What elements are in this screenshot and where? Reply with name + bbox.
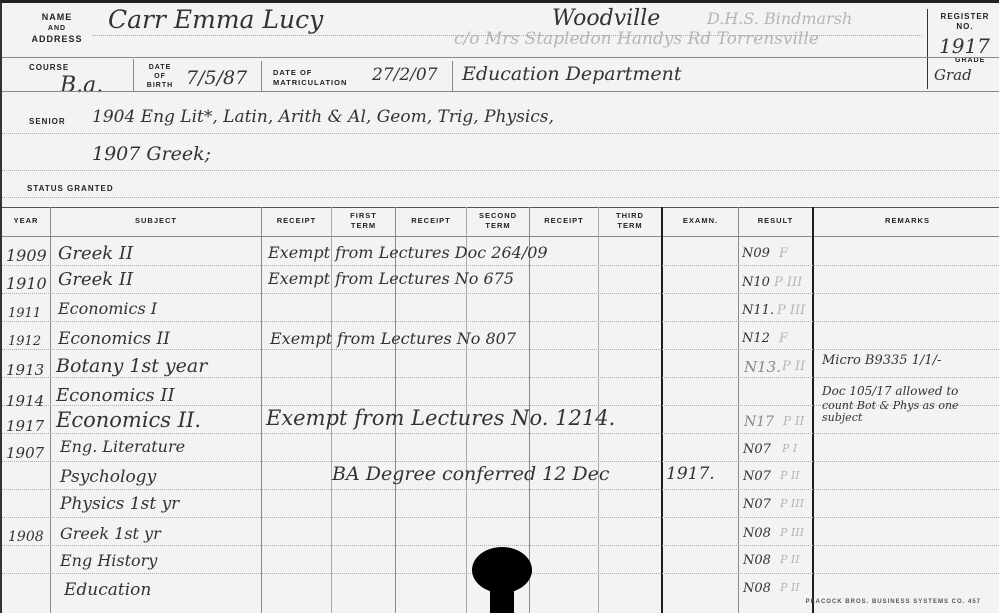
matric-divider — [452, 61, 453, 91]
label-date-of: DATE OF — [273, 68, 347, 78]
col-header-remarks: REMARKS — [814, 207, 999, 235]
row-examn: 1917. — [666, 464, 715, 484]
row-rule — [2, 377, 999, 378]
row-year: 1917 — [6, 417, 44, 435]
row-year: 1911 — [8, 306, 41, 321]
row-subject: Economics II — [56, 385, 175, 406]
row-subject: Greek 1st yr — [60, 524, 161, 543]
row-subject: Greek II — [58, 269, 133, 290]
col-header-examn: EXAMN. — [663, 207, 738, 235]
row-subject: Education — [64, 580, 151, 600]
printer-imprint: PEACOCK BROS. BUSINESS SYSTEMS CO. 457 — [806, 599, 981, 605]
row-subject: Economics II. — [56, 408, 201, 432]
row-remarks: Doc 105/17 allowed to — [822, 384, 958, 398]
row-rule — [2, 293, 999, 294]
row-subject: Botany 1st year — [56, 355, 207, 377]
row-subject: Eng History — [60, 551, 157, 570]
col-header-receipt-1: RECEIPT — [262, 207, 331, 235]
label-matriculation: MATRICULATION — [273, 78, 347, 88]
row-notes: BA Degree conferred 12 Dec — [332, 463, 610, 485]
col-header-first-term: FIRST TERM — [332, 207, 395, 235]
col-header-subject: SUBJECT — [51, 207, 261, 235]
dob-label: DATE OF BIRTH — [142, 63, 178, 90]
senior-label: SENIOR — [29, 117, 66, 126]
label-date: DATE — [142, 63, 178, 72]
row-year: 1909 — [6, 246, 47, 265]
col-header-third-term: THIRD TERM — [599, 207, 661, 235]
register-number: 1917 — [939, 34, 990, 58]
row-notes: Exempt from Lectures No. 1214. — [266, 406, 615, 430]
row-grade: P III — [780, 497, 804, 510]
col-div-subject — [261, 207, 262, 613]
row-remarks: count Bot & Phys as one subject — [822, 400, 972, 424]
student-record-card: NAME AND ADDRESS Carr Emma Lucy Woodvill… — [0, 0, 999, 613]
course-row-bottom — [2, 91, 999, 92]
row-grade: P III — [774, 275, 802, 290]
row-result: N07 — [743, 469, 771, 484]
row-notes: Exempt from Lectures No 807 — [270, 329, 516, 348]
row-rule — [2, 349, 999, 350]
row-year: 1908 — [8, 529, 44, 545]
grade-label: GRADE — [955, 57, 985, 64]
register-divider — [927, 9, 928, 89]
address-crossed-1: D.H.S. Bindmarsh — [707, 9, 852, 28]
col-header-receipt-2: RECEIPT — [396, 207, 466, 235]
course-label: COURSE — [29, 63, 69, 72]
row-grade: P II — [783, 414, 804, 428]
status-rule — [2, 197, 999, 198]
course-row-top — [2, 57, 999, 58]
matric-label: DATE OF MATRICULATION — [273, 68, 347, 88]
row-subject: Economics I — [58, 299, 157, 318]
col-div-result — [812, 207, 814, 613]
grade-value: Grad — [934, 66, 972, 84]
row-result: N13. — [744, 358, 781, 376]
row-grade: F — [779, 331, 788, 346]
table-header-bottom — [2, 236, 999, 237]
status-granted-label: STATUS GRANTED — [27, 184, 114, 193]
row-rule — [2, 517, 999, 518]
row-rule — [2, 489, 999, 490]
row-grade: P II — [782, 359, 805, 374]
date-of-birth: 7/5/87 — [186, 67, 247, 89]
label-name: NAME — [28, 12, 86, 23]
row-rule — [2, 433, 999, 434]
row-result: N12 — [742, 331, 770, 346]
label-birth: BIRTH — [142, 81, 178, 90]
row-grade: F — [779, 246, 788, 261]
row-year: 1907 — [6, 444, 44, 462]
row-rule — [2, 265, 999, 266]
row-result: N11. — [742, 303, 774, 318]
row-subject: Eng. Literature — [60, 437, 185, 456]
row-year: 1910 — [6, 274, 47, 293]
row-result: N07 — [743, 442, 771, 457]
row-grade: P II — [780, 553, 800, 566]
col-header-year: YEAR — [2, 207, 50, 235]
address-suburb: Woodville — [552, 6, 660, 31]
senior-line-1: 1904 Eng Lit*, Latin, Arith & Al, Geom, … — [92, 107, 554, 127]
col-header-result: RESULT — [739, 207, 812, 235]
row-result: N17 — [744, 414, 774, 430]
row-subject: Psychology — [60, 467, 156, 487]
row-remarks: Micro B9335 1/1/- — [822, 353, 941, 368]
senior-line-2: 1907 Greek; — [92, 143, 211, 165]
row-rule — [2, 545, 999, 546]
row-year: 1912 — [8, 334, 41, 349]
senior-rule-1 — [2, 133, 999, 134]
department: Education Department — [462, 63, 681, 85]
row-result: N09 — [742, 246, 770, 261]
col-div-year — [50, 207, 51, 613]
row-grade: P II — [780, 581, 800, 594]
col-div-term3 — [661, 207, 663, 613]
col-header-second-term: SECOND TERM — [467, 207, 529, 235]
row-grade: P III — [780, 526, 804, 539]
register-label: REGISTER NO. — [930, 12, 999, 32]
label-register: REGISTER — [930, 12, 999, 22]
col-header-receipt-3: RECEIPT — [530, 207, 598, 235]
row-result: N08 — [743, 581, 771, 596]
row-result: N07 — [743, 497, 771, 512]
course-value: B.a. — [60, 73, 103, 98]
matriculation-date: 27/2/07 — [372, 65, 438, 85]
senior-rule-2 — [2, 170, 999, 171]
row-year: 1914 — [6, 392, 44, 410]
row-rule — [2, 461, 999, 462]
address-rule — [92, 35, 922, 36]
course-divider — [133, 59, 134, 91]
row-result: N10 — [742, 275, 770, 290]
student-name: Carr Emma Lucy — [108, 5, 323, 34]
label-address: ADDRESS — [28, 34, 86, 45]
row-grade: P II — [780, 469, 800, 482]
label-of: OF — [142, 72, 178, 81]
row-grade: P I — [782, 442, 797, 455]
row-result: N08 — [743, 526, 771, 541]
label-no: NO. — [930, 22, 999, 32]
address-crossed-2: c/o Mrs Stapledon Handys Rd Torrensville — [454, 29, 819, 49]
name-address-label: NAME AND ADDRESS — [28, 12, 86, 45]
row-result: N08 — [743, 553, 771, 568]
label-and: AND — [28, 23, 86, 34]
row-year: 1913 — [6, 361, 44, 379]
row-rule — [2, 321, 999, 322]
row-subject: Physics 1st yr — [60, 494, 179, 514]
col-div-examn — [738, 207, 739, 613]
row-subject: Economics II — [58, 329, 170, 349]
dob-divider — [261, 61, 262, 91]
row-notes: Exempt from Lectures No 675 — [268, 269, 514, 288]
row-notes: Exempt from Lectures Doc 264/09 — [268, 243, 548, 262]
row-grade: P III — [777, 303, 805, 318]
row-subject: Greek II — [58, 243, 133, 264]
punch-hole-slot — [490, 575, 514, 613]
